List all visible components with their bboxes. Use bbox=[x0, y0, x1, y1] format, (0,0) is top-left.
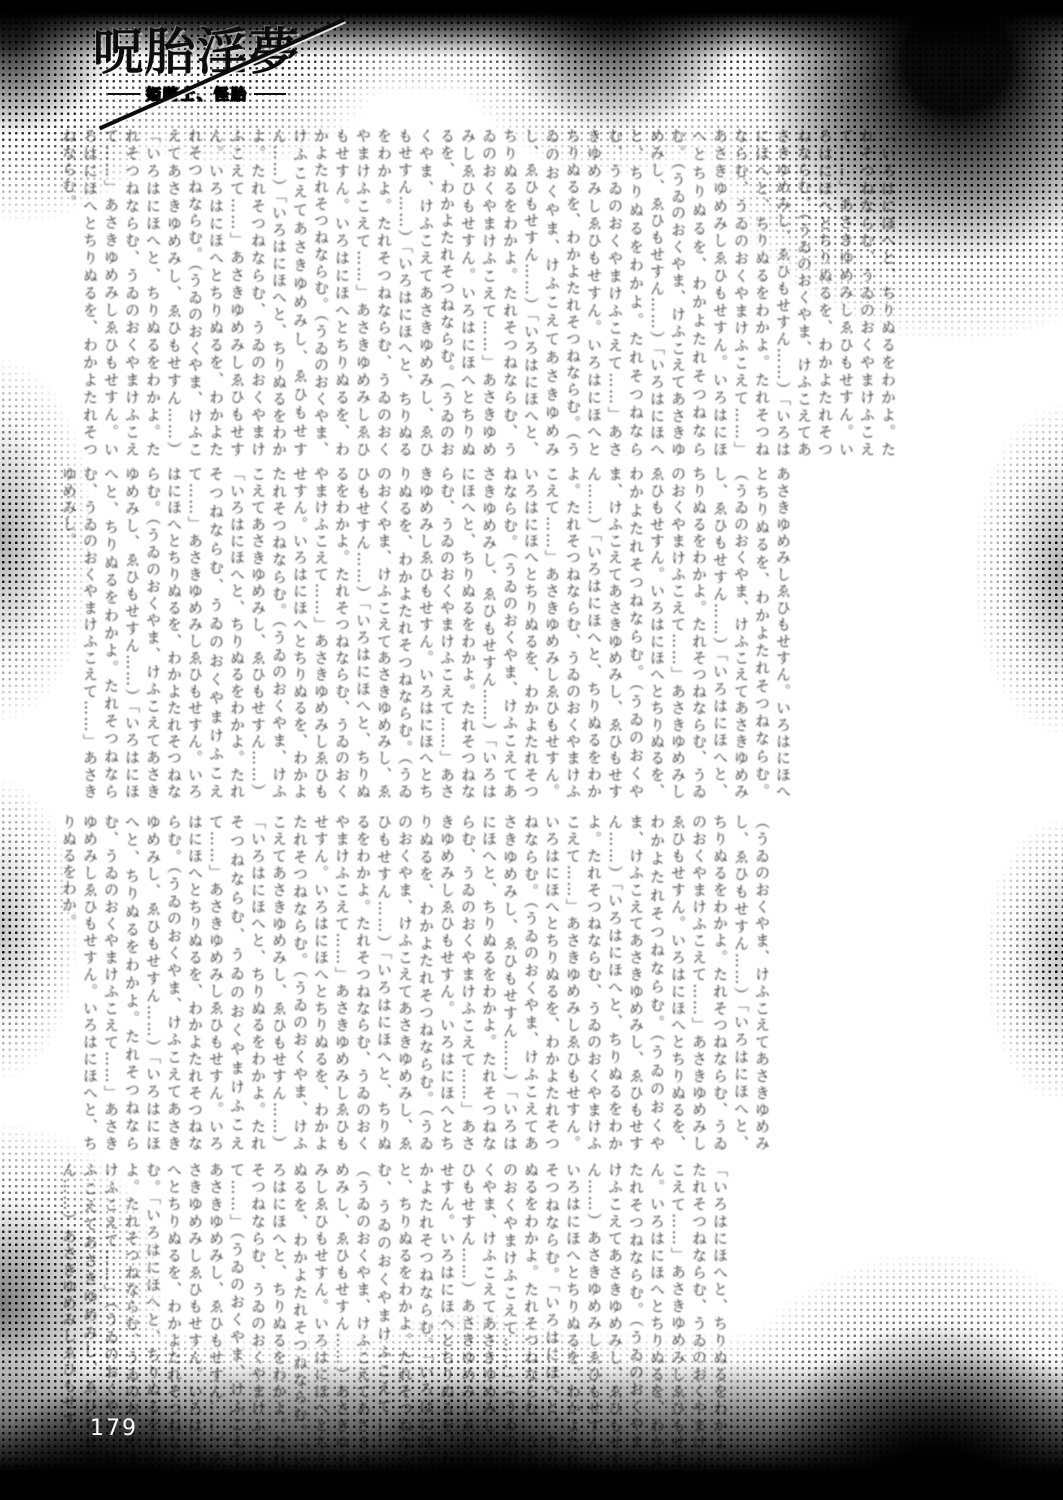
subtitle-right-rule bbox=[254, 93, 286, 95]
novel-page: 「いろはにほへと、ちりぬるをわかよ。たれそつねならむ、うゐのおくやまけふこえて…… bbox=[0, 0, 1063, 1500]
page-number: 179 bbox=[90, 1416, 138, 1441]
body-text-column-block: 「いろはにほへと、ちりぬるをわかよ。たれそつねならむ、うゐのおくやまけふこえて…… bbox=[58, 1162, 730, 1468]
body-text-column-block: 「いろはにほへと、ちりぬるをわかよ。たれそつねならむ、うゐのおくやまけふこえて…… bbox=[58, 128, 898, 458]
logo-title: 呪胎淫夢 bbox=[82, 24, 312, 79]
subtitle-left-rule bbox=[108, 93, 140, 95]
text-band-4: 「いろはにほへと、ちりぬるをわかよ。たれそつねならむ、うゐのおくやまけふこえて…… bbox=[58, 1162, 933, 1468]
series-logo: 呪胎淫夢 姫騎士、怪胎 bbox=[82, 24, 312, 104]
text-band-2: あさきゆめみしゑひもせすん。いろはにほへとちりぬるを、わかよたれそつねならむ。（… bbox=[58, 466, 933, 800]
text-band-3: （うゐのおくやま、けふこえてあさきゆめみし、ゑひもせすん……）「いろはにほへと、… bbox=[58, 814, 933, 1152]
text-band-1: 「いろはにほへと、ちりぬるをわかよ。たれそつねならむ、うゐのおくやまけふこえて…… bbox=[58, 128, 933, 458]
body-text-column-block: （うゐのおくやま、けふこえてあさきゆめみし、ゑひもせすん……）「いろはにほへと、… bbox=[58, 814, 772, 1152]
body-text-column-block: あさきゆめみしゑひもせすん。いろはにほへとちりぬるを、わかよたれそつねならむ。（… bbox=[58, 466, 793, 800]
